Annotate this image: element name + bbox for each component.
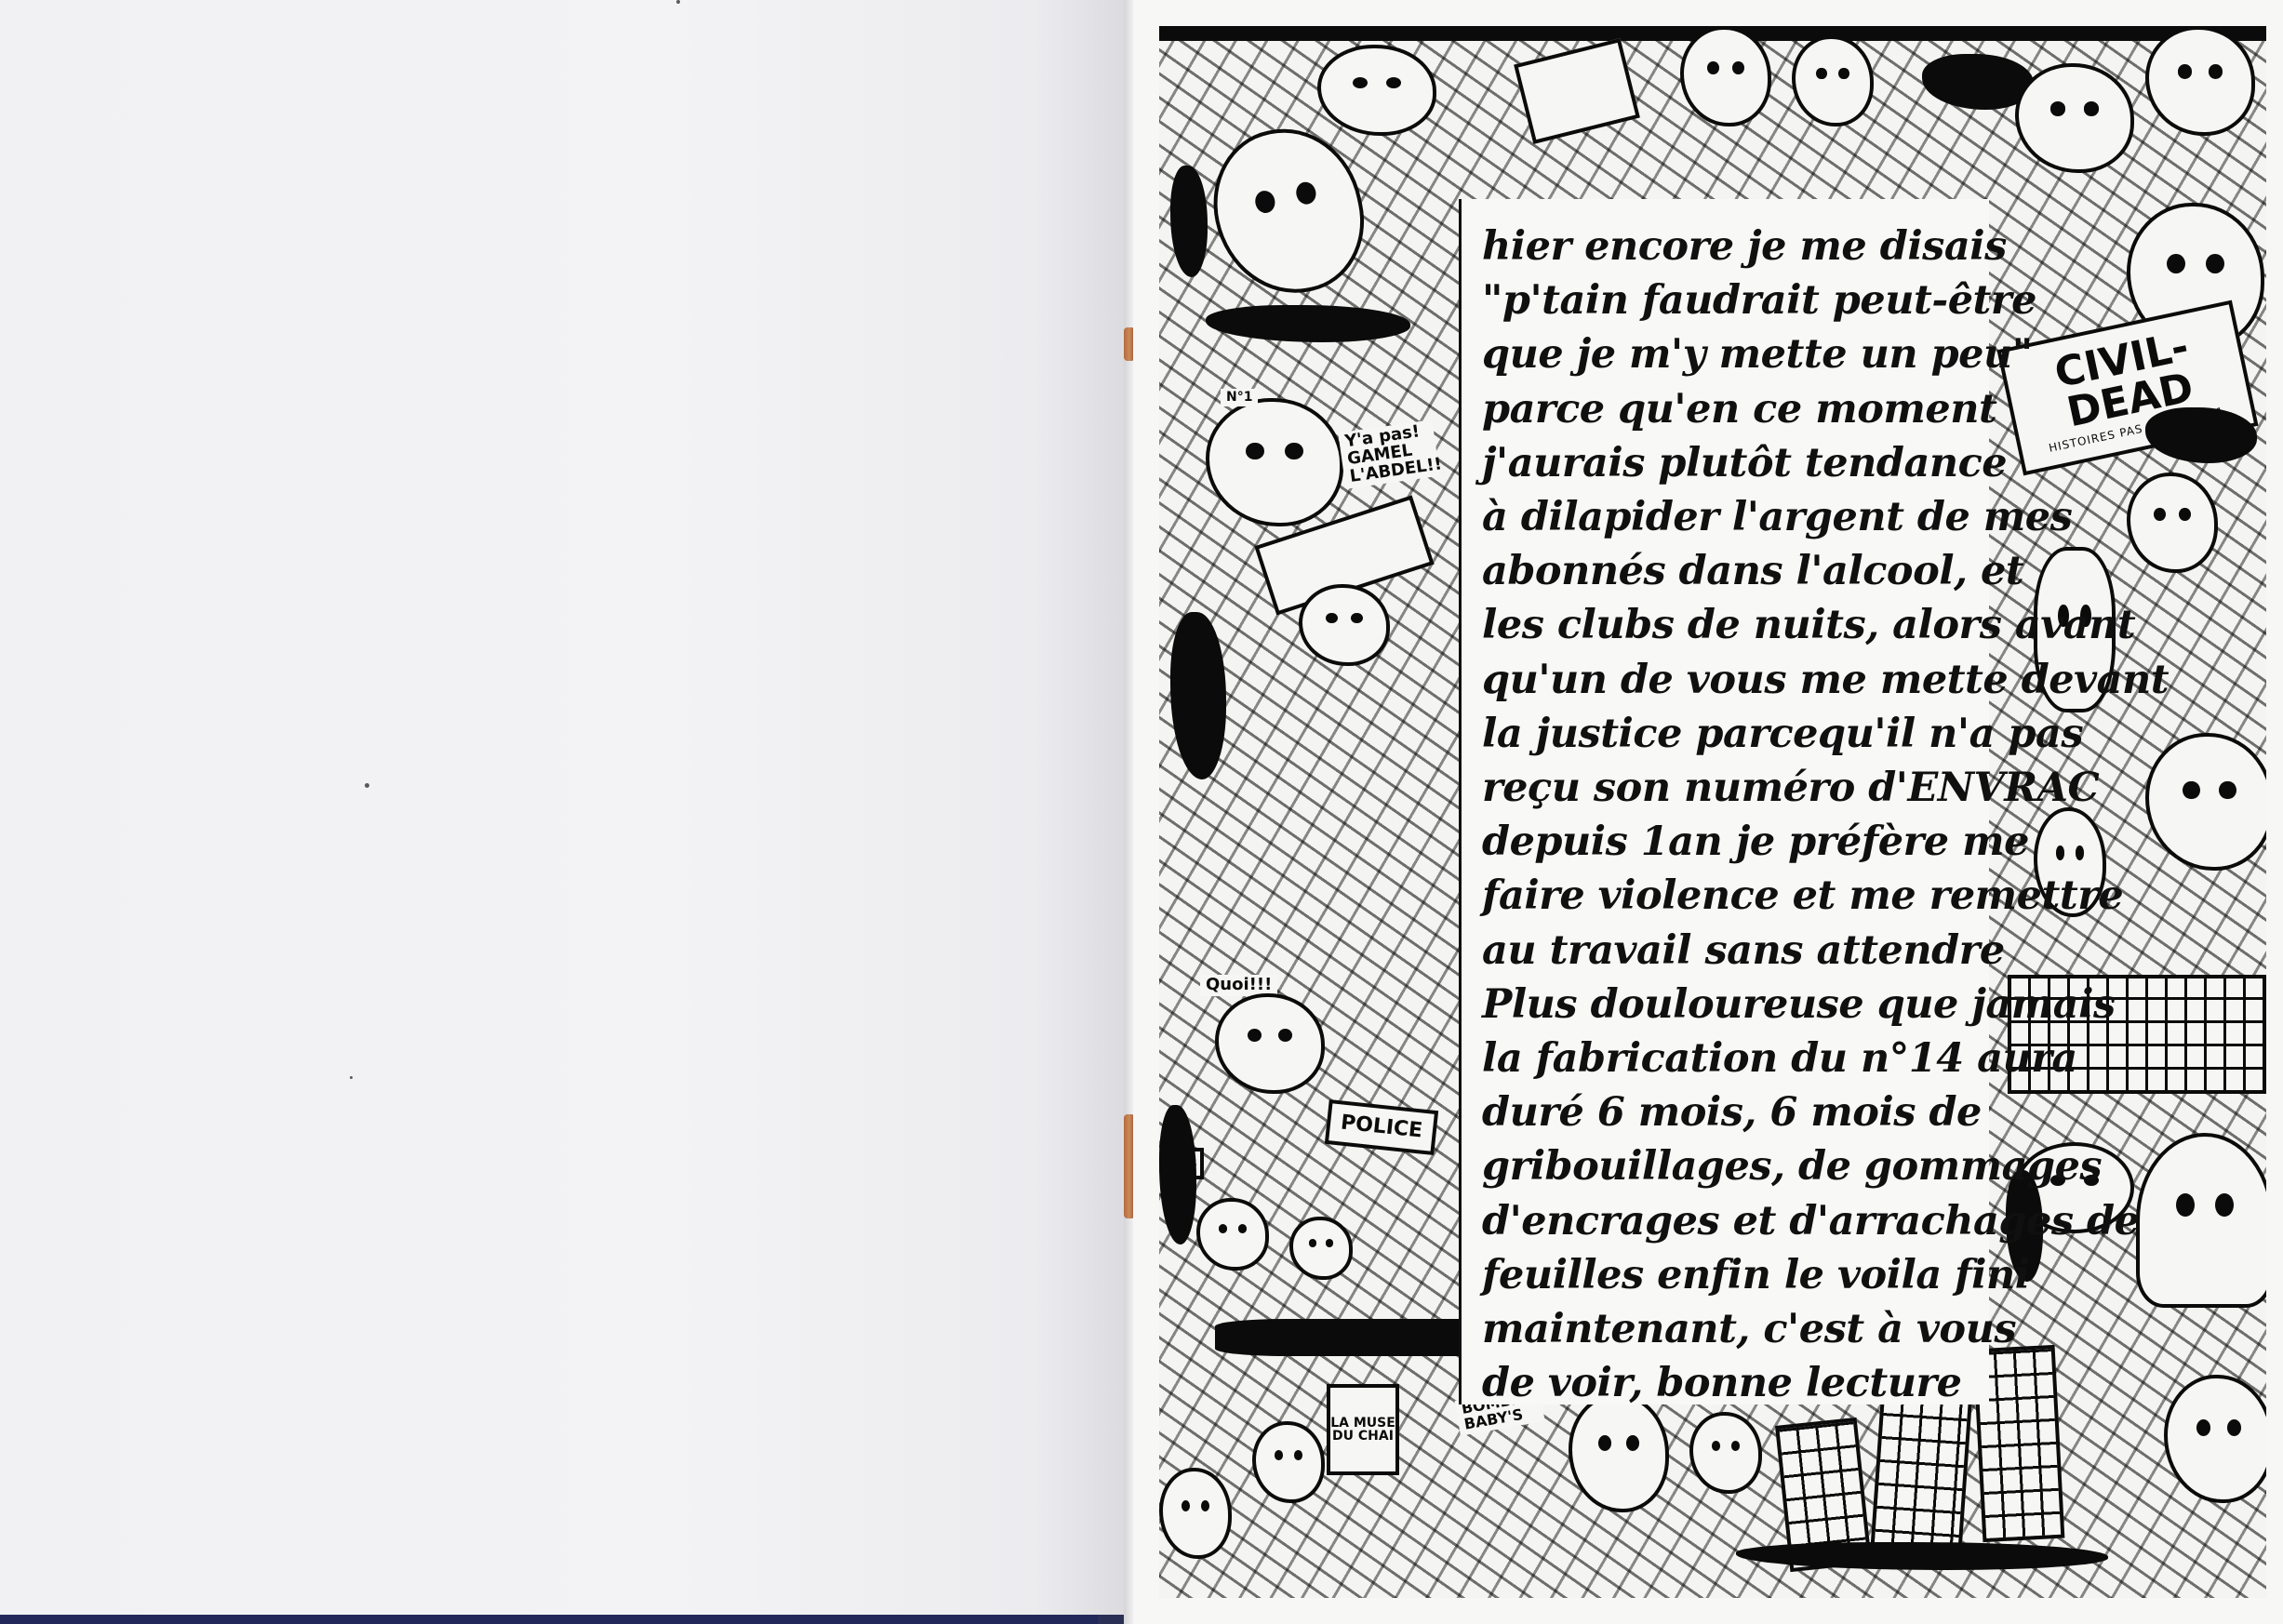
zine-spread: Y'a pas! GAMEL L'ABDEL!! N°1 Quoi!!! POL…	[0, 0, 2283, 1624]
shirt-number-label: N°1	[1221, 389, 1258, 406]
editorial-line: que je m'y mette un peu"	[1482, 327, 1976, 381]
drawn-face-large	[2145, 733, 2266, 871]
left-page-blank	[0, 0, 1124, 1615]
drawn-face	[1196, 1198, 1269, 1271]
editorial-line: duré 6 mois, 6 mois de	[1482, 1085, 1976, 1139]
editorial-line: la fabrication du n°14 aura	[1482, 1032, 1976, 1085]
drawn-face	[1689, 1412, 1762, 1494]
drawn-face	[2164, 1375, 2266, 1503]
ink-illustration-border: Y'a pas! GAMEL L'ABDEL!! N°1 Quoi!!! POL…	[1159, 26, 2266, 1598]
drawn-face	[1206, 398, 1343, 526]
shop-sign-la-muse-du-chai: LA MUSE DU CHAI	[1327, 1384, 1399, 1475]
drawn-face	[1680, 26, 1771, 126]
ink-fill	[2145, 407, 2257, 463]
drawn-tv	[1514, 38, 1640, 144]
editorial-line: de voir, bonne lecture	[1482, 1356, 1976, 1410]
drawn-face-large	[1199, 115, 1378, 308]
drawn-spaceship-pilot	[2136, 1133, 2266, 1308]
paper-speck	[676, 0, 680, 4]
police-label: POLICE	[1325, 1099, 1438, 1155]
editorial-line: parce qu'en ce moment	[1482, 382, 1976, 436]
editorial-line: gribouillages, de gommages	[1482, 1139, 1976, 1193]
editorial-line: "p'tain faudrait peut-être	[1482, 273, 1976, 327]
drawn-building	[1870, 1391, 1972, 1562]
right-page: Y'a pas! GAMEL L'ABDEL!! N°1 Quoi!!! POL…	[1133, 0, 2283, 1624]
speech-bubble-gamel: Y'a pas! GAMEL L'ABDEL!!	[1338, 419, 1439, 488]
editorial-line: d'encrages et d'arrachages de	[1482, 1194, 1976, 1248]
editorial-line: feuilles enfin le voila fini	[1482, 1248, 1976, 1302]
ink-fill	[1206, 305, 1410, 342]
drawn-face	[2127, 473, 2218, 573]
editorial-line: qu'un de vous me mette devant	[1482, 653, 1976, 707]
editorial-line: la justice parcequ'il n'a pas	[1482, 707, 1976, 761]
drawn-face	[1159, 1468, 1232, 1559]
drawn-face	[2015, 63, 2134, 173]
drawn-face	[1317, 45, 1436, 136]
editorial-line: maintenant, c'est à vous	[1482, 1302, 1976, 1356]
drawn-face	[1252, 1421, 1325, 1503]
drawn-face	[1289, 1217, 1353, 1280]
editorial-line: au travail sans attendre	[1482, 924, 1976, 978]
editorial-line: reçu son numéro d'ENVRAC	[1482, 761, 1976, 815]
paper-speck	[365, 783, 369, 788]
drawn-face	[1299, 584, 1390, 666]
editorial-line: Plus douloureuse que jamais	[1482, 978, 1976, 1032]
editorial-line: les clubs de nuits, alors avant	[1482, 598, 1976, 652]
editorial-line: j'aurais plutôt tendance	[1482, 436, 1976, 490]
cover-edge	[0, 1615, 1098, 1624]
drawn-face	[2145, 26, 2255, 136]
paper-speck	[350, 1076, 353, 1079]
drawn-face	[1215, 993, 1325, 1094]
editorial-line: abonnés dans l'alcool, et	[1482, 544, 1976, 598]
editorial-line: à dilapider l'argent de mes	[1482, 490, 1976, 544]
editorial-line: depuis 1an je préfère me	[1482, 815, 1976, 869]
drawn-face	[1569, 1393, 1669, 1512]
ink-fill	[1159, 1105, 1196, 1245]
ink-fill	[1170, 166, 1208, 277]
drawn-face	[1792, 35, 1874, 126]
ink-fill	[1170, 612, 1226, 779]
editorial-line: hier encore je me disais	[1482, 220, 1976, 273]
editorial-text-panel: hier encore je me disais "p'tain faudrai…	[1459, 199, 1989, 1404]
editorial-line: faire violence et me remettre	[1482, 869, 1976, 923]
